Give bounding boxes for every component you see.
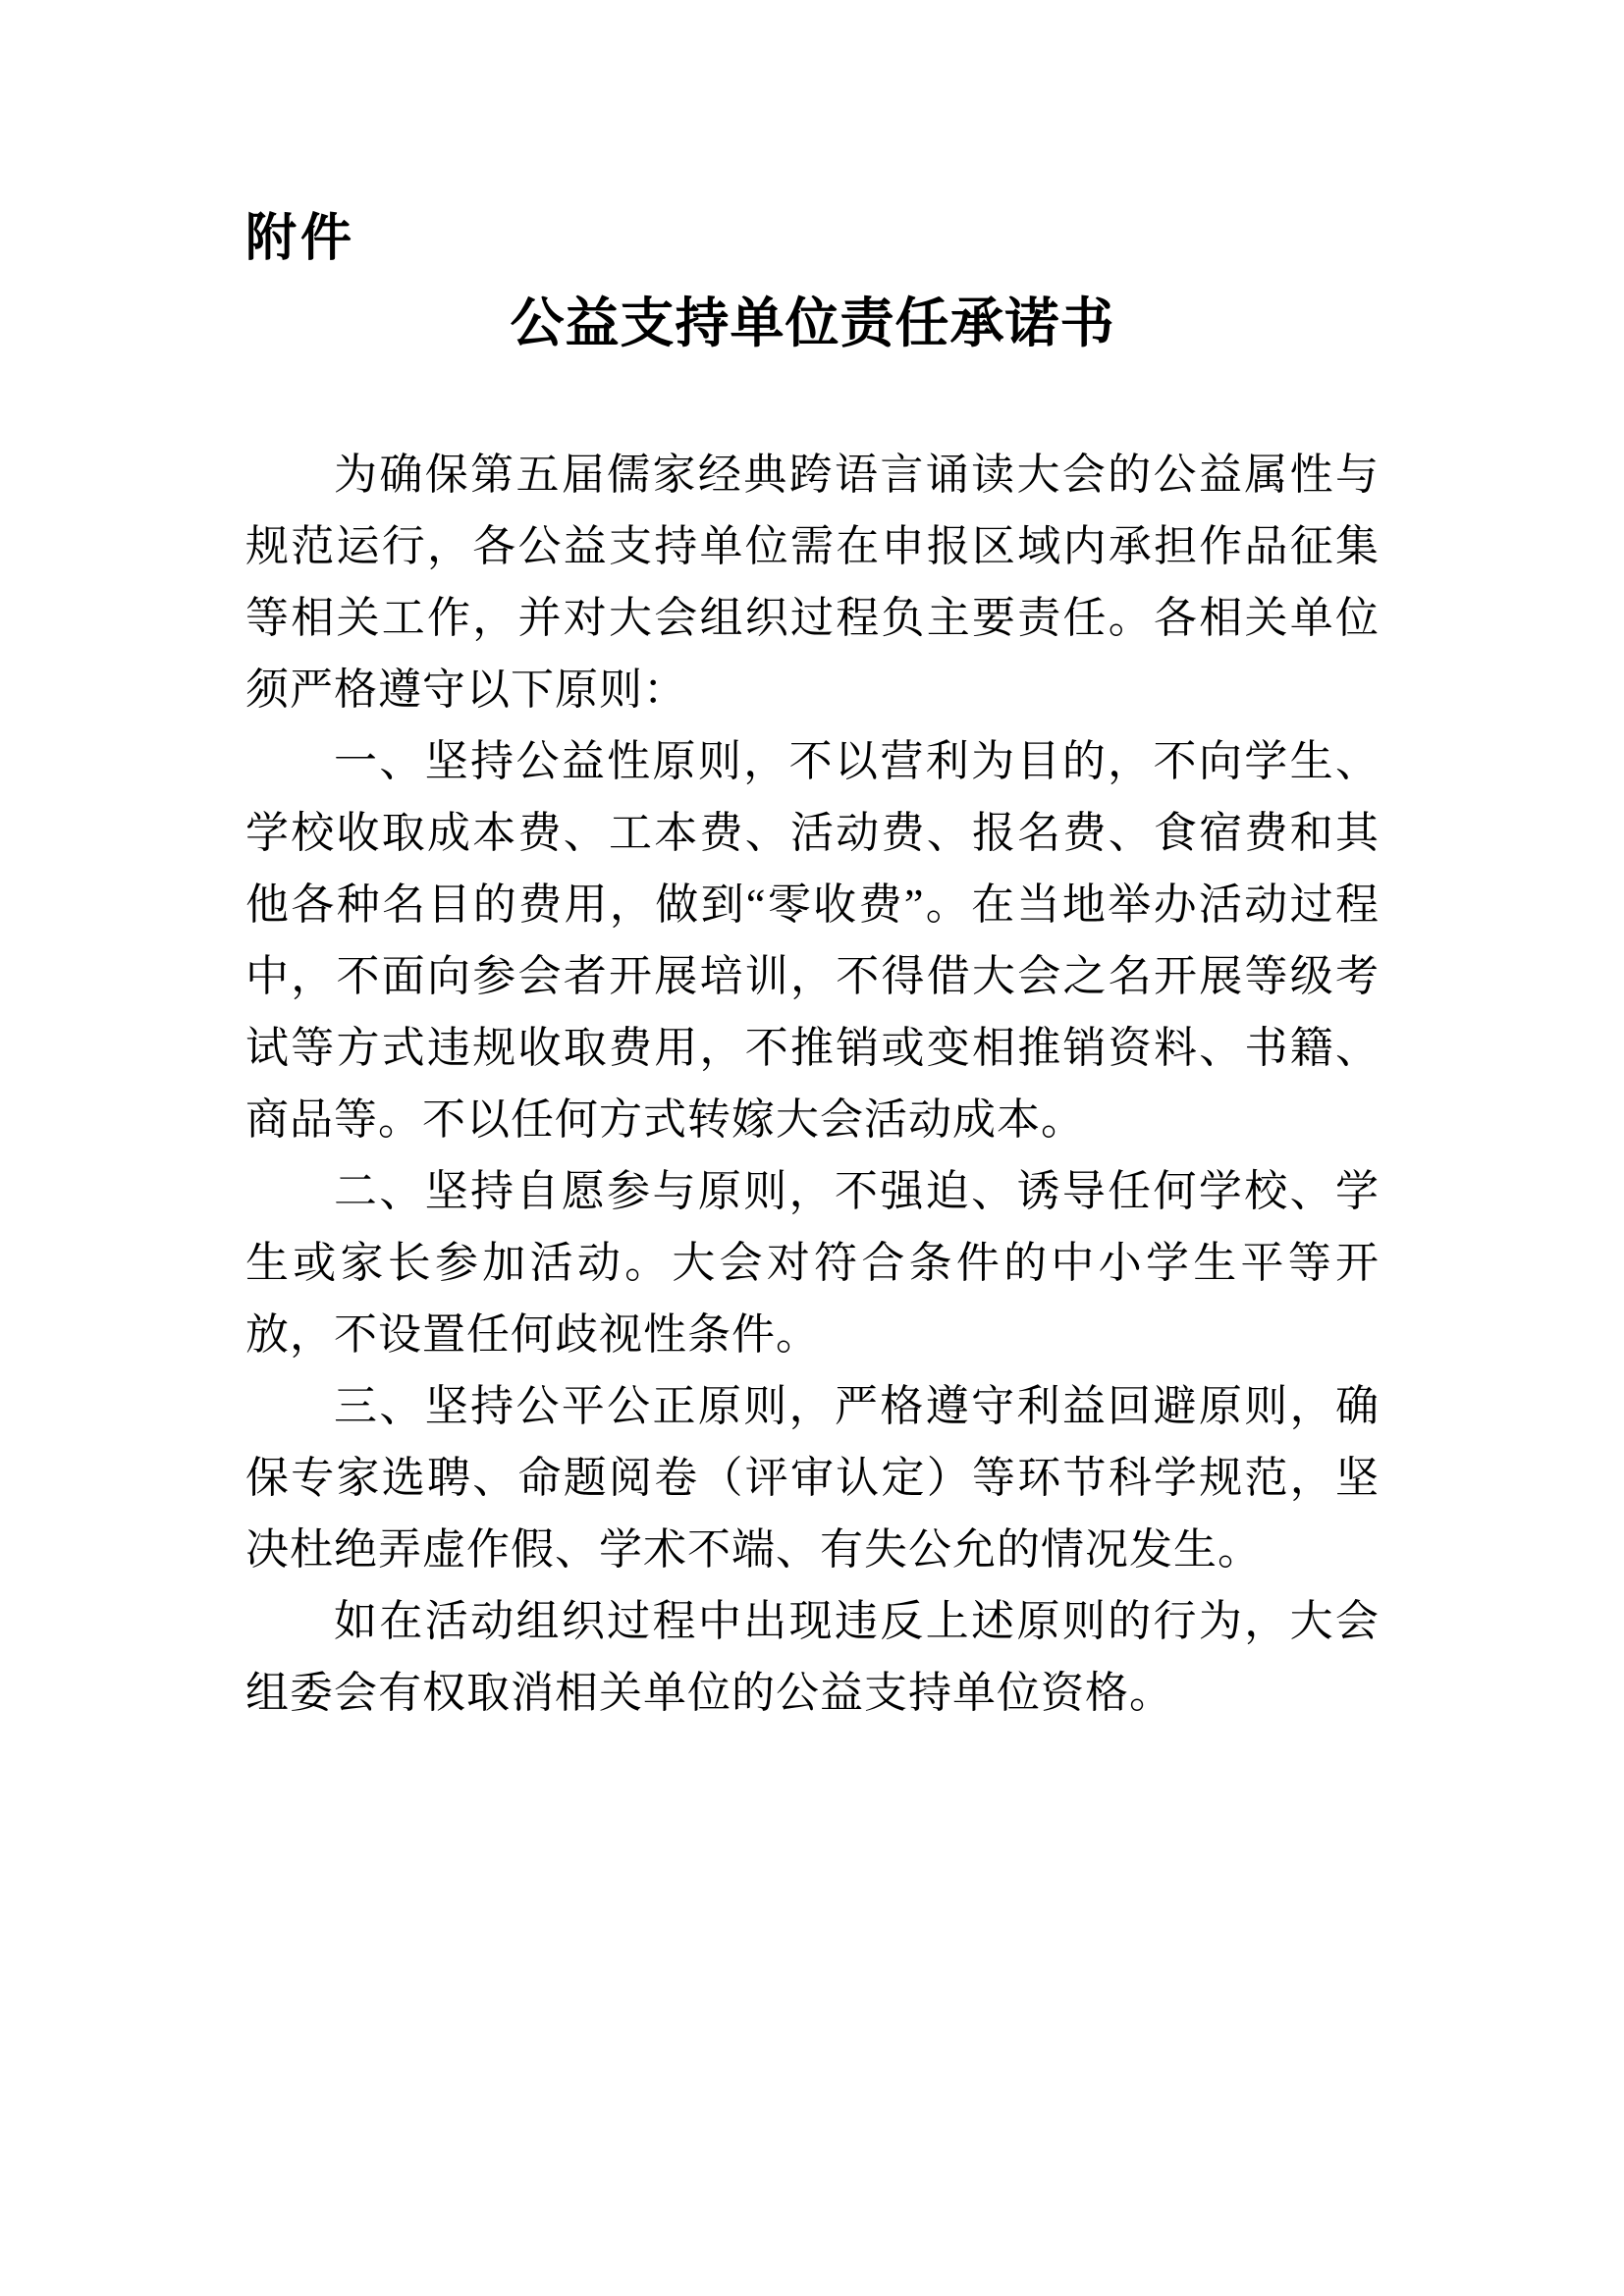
paragraph-principle-2: 二、坚持自愿参与原则，不强迫、诱导任何学校、学生或家长参加活动。大会对符合条件的… [245, 1155, 1380, 1370]
document-page: 附件 公益支持单位责任承诺书 为确保第五届儒家经典跨语言诵读大会的公益属性与规范… [0, 0, 1624, 2296]
attachment-label: 附件 [245, 214, 1380, 265]
paragraph-intro: 为确保第五届儒家经典跨语言诵读大会的公益属性与规范运行，各公益支持单位需在申报区… [245, 439, 1380, 725]
paragraph-principle-3: 三、坚持公平公正原则，严格遵守利益回避原则，确保专家选聘、命题阅卷（评审认定）等… [245, 1370, 1380, 1585]
document-title: 公益支持单位责任承诺书 [245, 296, 1380, 350]
paragraph-principle-1: 一、坚持公益性原则，不以营利为目的，不向学生、学校收取成本费、工本费、活动费、报… [245, 725, 1380, 1155]
document-body: 为确保第五届儒家经典跨语言诵读大会的公益属性与规范运行，各公益支持单位需在申报区… [245, 439, 1380, 1729]
paragraph-closing: 如在活动组织过程中出现违反上述原则的行为，大会组委会有权取消相关单位的公益支持单… [245, 1585, 1380, 1729]
